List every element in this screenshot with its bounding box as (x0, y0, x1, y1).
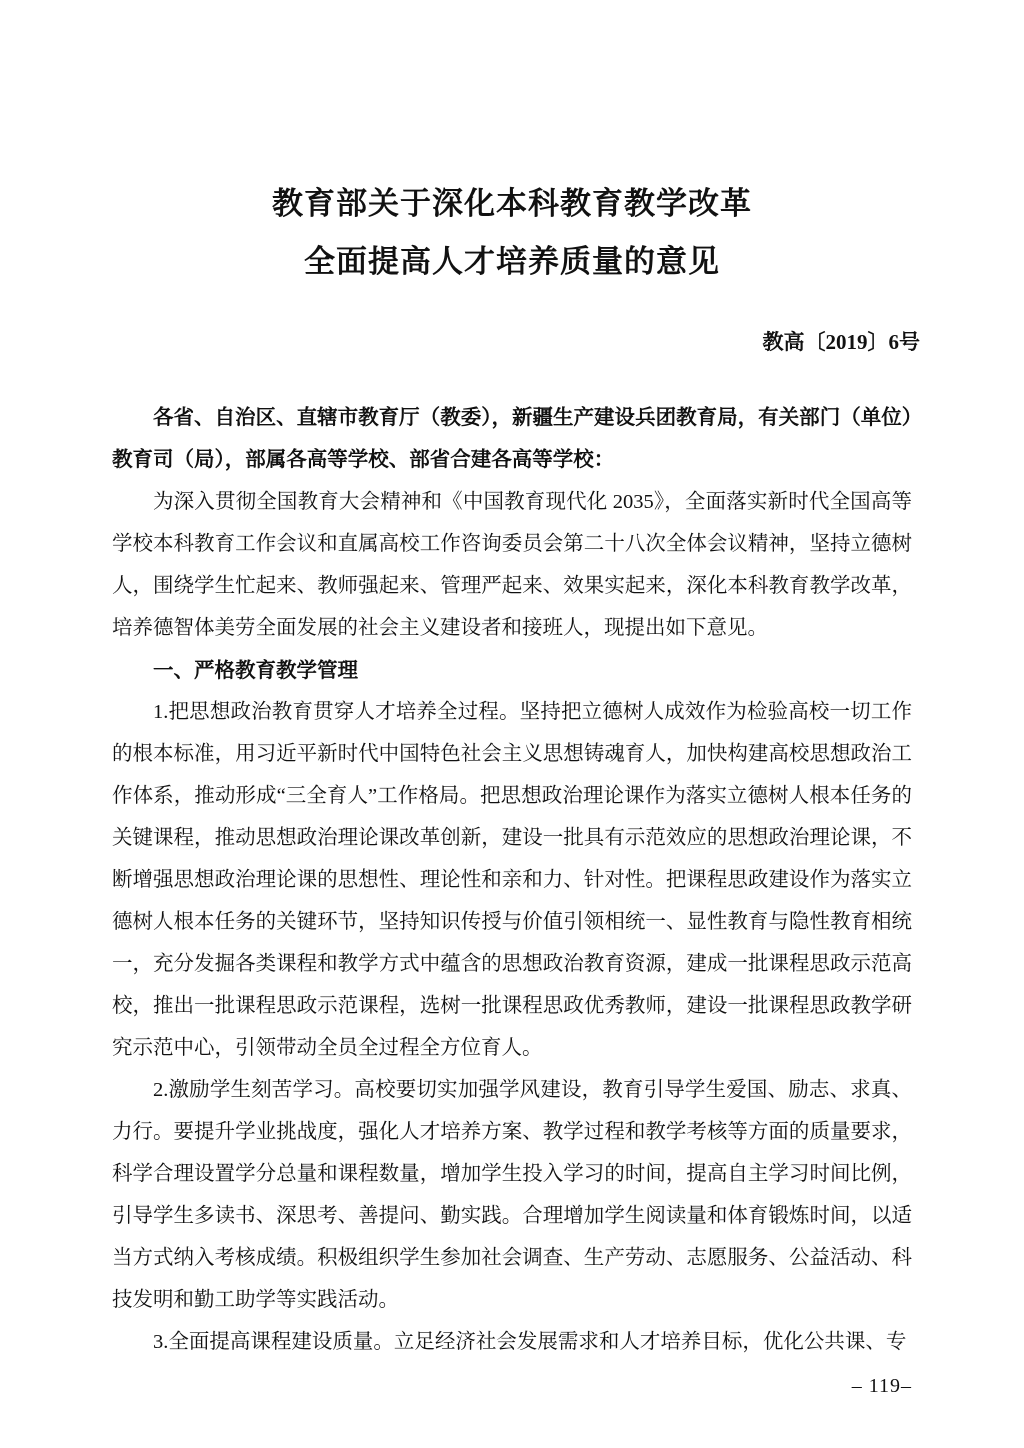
salutation: 各省、自治区、直辖市教育厅（教委），新疆生产建设兵团教育局，有关部门（单位）教育… (112, 397, 912, 481)
document-number: 教高〔2019〕6号 (112, 327, 920, 357)
page-number: – 119– (112, 1372, 912, 1400)
document-page: 教育部关于深化本科教育教学改革 全面提高人才培养质量的意见 教高〔2019〕6号… (0, 0, 1024, 1448)
section-1-item-1: 1.把思想政治教育贯穿人才培养全过程。坚持把立德树人成效作为检验高校一切工作的根… (112, 691, 912, 1069)
document-body: 各省、自治区、直辖市教育厅（教委），新疆生产建设兵团教育局，有关部门（单位）教育… (112, 397, 912, 1363)
section-1-heading: 一、严格教育教学管理 (112, 649, 912, 691)
title-line-2: 全面提高人才培养质量的意见 (112, 233, 912, 291)
document-title: 教育部关于深化本科教育教学改革 全面提高人才培养质量的意见 (112, 175, 912, 291)
intro-paragraph: 为深入贯彻全国教育大会精神和《中国教育现代化 2035》，全面落实新时代全国高等… (112, 481, 912, 649)
section-1-item-3: 3.全面提高课程建设质量。立足经济社会发展需求和人才培养目标，优化公共课、专 (112, 1321, 912, 1363)
title-line-1: 教育部关于深化本科教育教学改革 (112, 175, 912, 233)
section-1-item-2: 2.激励学生刻苦学习。高校要切实加强学风建设，教育引导学生爱国、励志、求真、力行… (112, 1069, 912, 1321)
